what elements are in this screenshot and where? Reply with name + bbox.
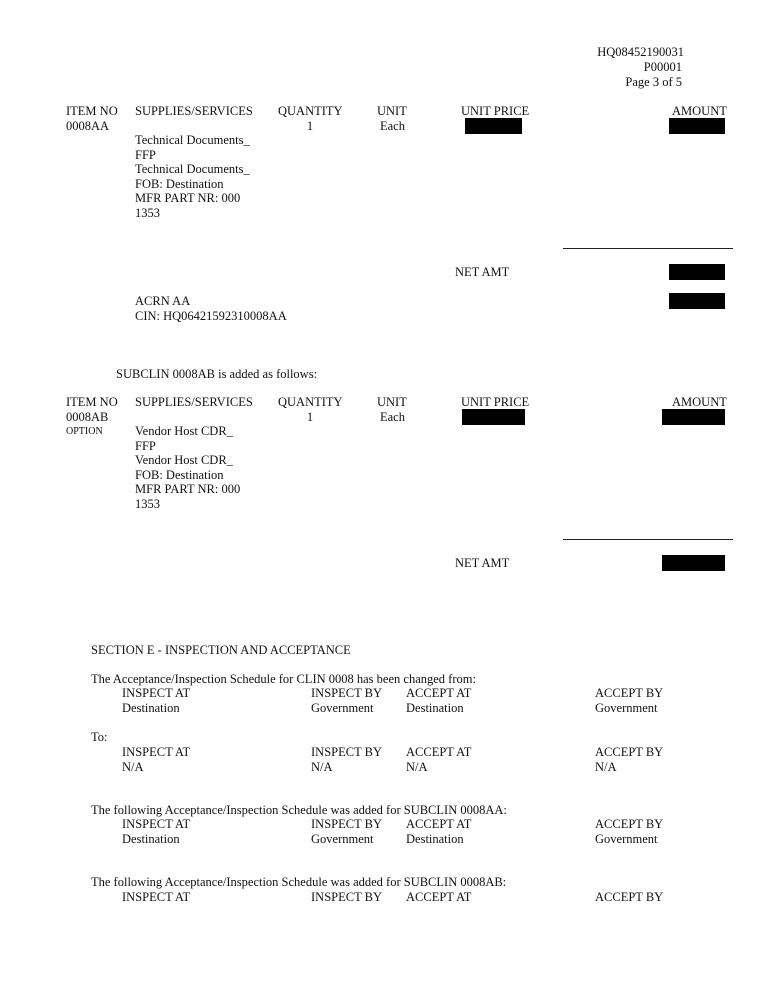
added-aa-text: The following Acceptance/Inspection Sche… — [91, 803, 507, 818]
header-accept-by: ACCEPT BY — [595, 817, 663, 832]
col-header-unit-price: UNIT PRICE — [461, 395, 529, 410]
redacted-amount — [669, 118, 725, 134]
cin-label: CIN: HQ06421592310008AA — [135, 309, 287, 324]
quantity-value: 1 — [300, 410, 320, 425]
value-inspect-by: N/A — [311, 760, 333, 775]
acrn-label: ACRN AA — [135, 294, 190, 309]
value-accept-at: Destination — [406, 832, 464, 847]
subclin-intro: SUBCLIN 0008AB is added as follows: — [116, 367, 317, 382]
col-header-item-no: ITEM NO — [66, 395, 118, 410]
value-inspect-at: Destination — [122, 701, 180, 716]
description-line: FFP — [135, 148, 156, 163]
redacted-unit-price — [465, 118, 522, 134]
header-inspect-at: INSPECT AT — [122, 817, 190, 832]
header-inspect-by: INSPECT BY — [311, 817, 382, 832]
description-line: FOB: Destination — [135, 177, 224, 192]
col-header-unit-price: UNIT PRICE — [461, 104, 529, 119]
option-label: OPTION — [66, 424, 103, 439]
redacted-net-amount — [662, 555, 725, 571]
col-header-quantity: QUANTITY — [278, 395, 343, 410]
header-inspect-by: INSPECT BY — [311, 686, 382, 701]
value-accept-by: Government — [595, 832, 657, 847]
value-inspect-at: N/A — [122, 760, 144, 775]
value-accept-at: Destination — [406, 701, 464, 716]
header-inspect-at: INSPECT AT — [122, 890, 190, 905]
unit-value: Each — [380, 410, 405, 425]
changed-from-text: The Acceptance/Inspection Schedule for C… — [91, 672, 476, 687]
value-accept-by: N/A — [595, 760, 617, 775]
description-line: FOB: Destination — [135, 468, 224, 483]
to-label: To: — [91, 730, 108, 745]
contract-number: HQ08452190031 — [597, 45, 684, 60]
net-amt-label: NET AMT — [455, 265, 509, 280]
value-inspect-by: Government — [311, 701, 373, 716]
header-inspect-by: INSPECT BY — [311, 745, 382, 760]
description-line: FFP — [135, 439, 156, 454]
net-amt-label: NET AMT — [455, 556, 509, 571]
header-inspect-at: INSPECT AT — [122, 686, 190, 701]
header-inspect-at: INSPECT AT — [122, 745, 190, 760]
section-e-title: SECTION E - INSPECTION AND ACCEPTANCE — [91, 643, 351, 658]
value-accept-by: Government — [595, 701, 657, 716]
description-line: MFR PART NR: 000 — [135, 482, 240, 497]
redacted-unit-price — [462, 409, 525, 425]
header-accept-at: ACCEPT AT — [406, 817, 471, 832]
col-header-quantity: QUANTITY — [278, 104, 343, 119]
description-line: 1353 — [135, 497, 160, 512]
quantity-value: 1 — [300, 119, 320, 134]
header-accept-by: ACCEPT BY — [595, 745, 663, 760]
description-line: Vendor Host CDR_ — [135, 453, 233, 468]
item-number: 0008AB — [66, 410, 108, 425]
col-header-amount: AMOUNT — [672, 395, 727, 410]
item-number: 0008AA — [66, 119, 109, 134]
header-accept-at: ACCEPT AT — [406, 890, 471, 905]
header-accept-at: ACCEPT AT — [406, 686, 471, 701]
modification-number: P00001 — [644, 60, 682, 75]
value-inspect-at: Destination — [122, 832, 180, 847]
unit-value: Each — [380, 119, 405, 134]
description-line: Technical Documents_ — [135, 133, 250, 148]
col-header-item-no: ITEM NO — [66, 104, 118, 119]
header-inspect-by: INSPECT BY — [311, 890, 382, 905]
col-header-supplies: SUPPLIES/SERVICES — [135, 395, 253, 410]
value-inspect-by: Government — [311, 832, 373, 847]
description-line: Technical Documents_ — [135, 162, 250, 177]
value-accept-at: N/A — [406, 760, 428, 775]
description-line: 1353 — [135, 206, 160, 221]
added-ab-text: The following Acceptance/Inspection Sche… — [91, 875, 506, 890]
page-number: Page 3 of 5 — [625, 75, 682, 90]
header-accept-at: ACCEPT AT — [406, 745, 471, 760]
col-header-amount: AMOUNT — [672, 104, 727, 119]
header-accept-by: ACCEPT BY — [595, 686, 663, 701]
total-rule — [563, 248, 733, 249]
col-header-supplies: SUPPLIES/SERVICES — [135, 104, 253, 119]
description-line: MFR PART NR: 000 — [135, 191, 240, 206]
redacted-acrn-amount — [669, 293, 725, 309]
col-header-unit: UNIT — [377, 395, 407, 410]
description-line: Vendor Host CDR_ — [135, 424, 233, 439]
redacted-net-amount — [669, 264, 725, 280]
total-rule — [563, 539, 733, 540]
redacted-amount — [662, 409, 725, 425]
header-accept-by: ACCEPT BY — [595, 890, 663, 905]
col-header-unit: UNIT — [377, 104, 407, 119]
